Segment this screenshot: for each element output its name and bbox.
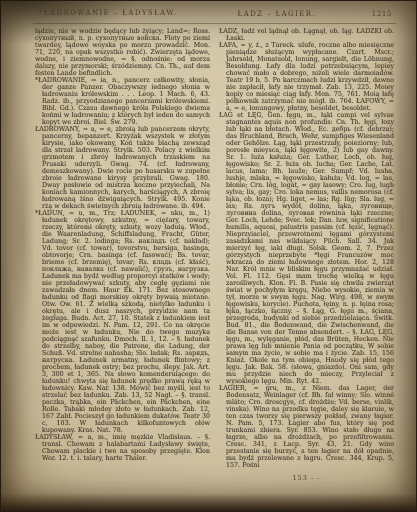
running-head: *ŁADROWANIE – ŁADYSŁAW. ŁADZ – ŁAGIER. 1… [37, 9, 394, 21]
signature-mark: 153 - - [219, 474, 394, 482]
running-head-right: ŁADZ – ŁAGIER. [238, 10, 316, 18]
text-block: lądzie, nie w wodzie będący lub żyiący; … [35, 28, 394, 489]
page-number: 1215 [372, 10, 392, 18]
entry-lagier: ŁAGIER, = gru, m., z Niem. das Lager, de… [219, 385, 394, 469]
paper-stain-left [9, 121, 35, 341]
entry-ladyslaw: ŁADYSŁAW, = a, m., imię męzkie Vladislau… [35, 434, 210, 462]
scanned-dictionary-page: *ŁADROWANIE – ŁADYSŁAW. ŁADZ – ŁAGIER. 1… [0, 0, 417, 512]
header-rule [33, 23, 396, 24]
entry-ladrowanie: *ŁADROWANIE, = ia, n., pancerz całkowity… [35, 77, 210, 126]
paper-background: *ŁADROWANIE – ŁADYSŁAW. ŁADZ – ŁAGIER. 1… [1, 1, 416, 511]
entry-ladunek: *ŁADUN, = u, m., Trz; ŁADUNEK, = nku, m.… [35, 210, 210, 434]
scan-shadow-bottom [1, 493, 416, 511]
left-column: lądzie, nie w wodzie będący lub żyiący; … [35, 28, 210, 489]
entry-continuation-ladowy: lądzie, nie w wodzie będący lub żyiący; … [35, 28, 210, 77]
entry-lafa: ŁAFA, = y, ż., z Tureck. ulufe, roczne a… [219, 42, 394, 112]
right-column: ŁADZ, ładź vel lądnął ob. Łągnął, ob. lą… [219, 28, 394, 489]
entry-ladrowany: ŁADROWANY, = a, = e, zbroią lub pancerze… [35, 126, 210, 210]
running-head-left: *ŁADROWANIE – ŁADYSŁAW. [39, 9, 177, 17]
entry-ladz: ŁADZ, ładź vel lądnął ob. Łągnął, ob. lą… [219, 28, 394, 42]
entry-lag-leg: ŁAG et ŁĘG, Gen. łęgu, m., łąki campi ve… [219, 112, 394, 385]
